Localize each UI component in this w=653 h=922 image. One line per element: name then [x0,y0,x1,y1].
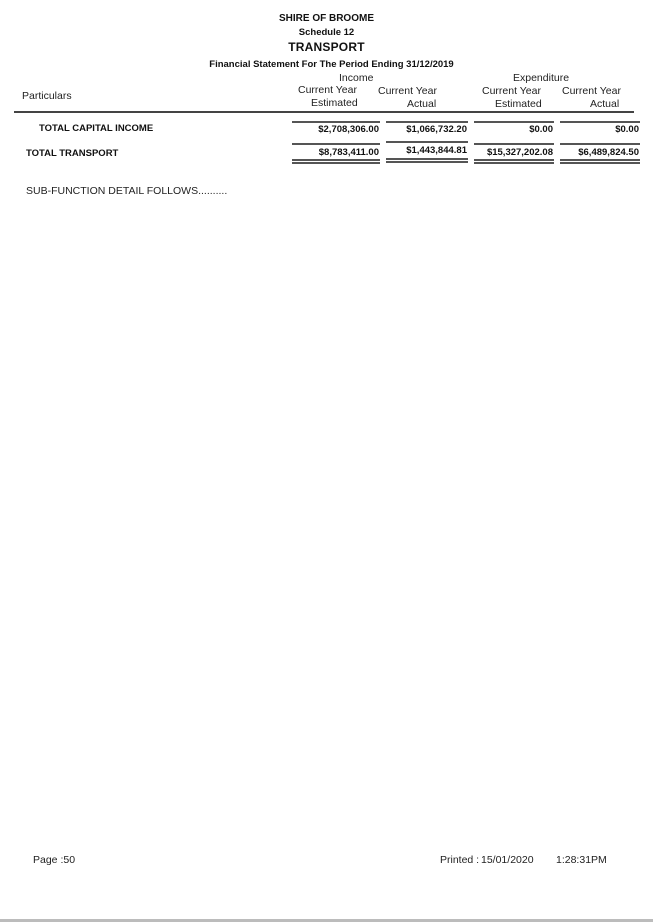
organisation-name: SHIRE OF BROOME [0,13,653,24]
period-title: Financial Statement For The Period Endin… [0,59,653,70]
header-rule [14,111,634,113]
expenditure-group-header: Expenditure [513,72,569,84]
expenditure-estimated-header-line1: Current Year [482,85,541,97]
value: $0.00 [615,124,639,135]
page-number: Page :50 [33,854,75,866]
income-estimated-header-line1: Current Year [298,84,357,96]
expenditure-actual-header-line2: Actual [590,98,619,110]
row-label-total-transport: TOTAL TRANSPORT [26,148,118,159]
expenditure-actual-header-line1: Current Year [562,85,621,97]
value: $2,708,306.00 [318,124,379,135]
printed-date: 15/01/2020 [481,854,534,866]
cell-capital-expenditure-actual: $0.00 [560,121,640,139]
printed-time: 1:28:31PM [556,854,607,866]
income-group-header: Income [339,72,373,84]
cell-transport-income-estimated: $8,783,411.00 [292,143,380,165]
income-estimated-header-line2: Estimated [311,97,358,109]
cell-capital-income-estimated: $2,708,306.00 [292,121,380,139]
income-actual-header-line1: Current Year [378,85,437,97]
cell-capital-expenditure-estimated: $0.00 [474,121,554,139]
row-label-total-capital-income: TOTAL CAPITAL INCOME [39,123,153,134]
value: $1,443,844.81 [406,145,467,156]
cell-transport-expenditure-actual: $6,489,824.50 [560,143,640,165]
cell-transport-income-actual: $1,443,844.81 [386,141,468,163]
printed-label: Printed : [440,854,479,866]
income-actual-header-line2: Actual [407,98,436,110]
function-title: TRANSPORT [0,40,653,54]
value: $0.00 [529,124,553,135]
schedule-number: Schedule 12 [0,27,653,38]
value: $1,066,732.20 [406,124,467,135]
cell-transport-expenditure-estimated: $15,327,202.08 [474,143,554,165]
sub-function-note: SUB-FUNCTION DETAIL FOLLOWS.......... [26,185,227,197]
value: $6,489,824.50 [578,147,639,158]
value: $15,327,202.08 [487,147,553,158]
value: $8,783,411.00 [319,147,379,158]
expenditure-estimated-header-line2: Estimated [495,98,542,110]
cell-capital-income-actual: $1,066,732.20 [386,121,468,139]
particulars-header: Particulars [22,90,72,102]
